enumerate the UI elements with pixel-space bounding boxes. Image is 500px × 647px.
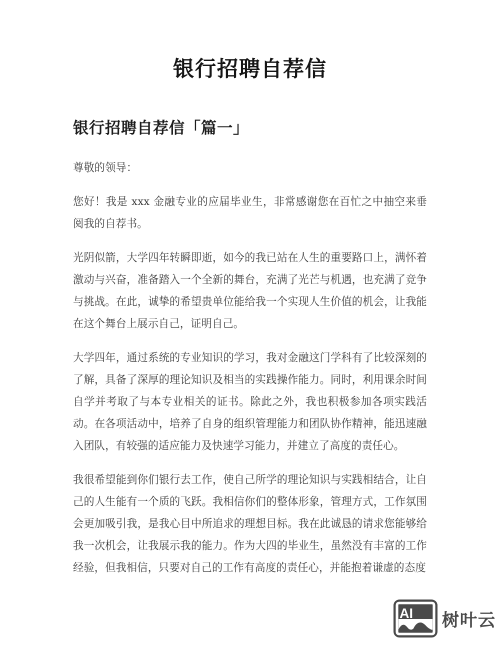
- tree-leaf-cloud-ai-image-icon: AI: [393, 599, 438, 638]
- section-heading: 银行招聘自荐信「篇一」: [73, 118, 500, 138]
- salutation-paragraph: 尊敬的领导：: [73, 157, 427, 179]
- greeting-paragraph: 您好！我是 xxx 金融专业的应届毕业生，非常感谢您在百忙之中抽空来垂阅我的自荐…: [73, 191, 427, 235]
- letter-body: 尊敬的领导： 您好！我是 xxx 金融专业的应届毕业生，非常感谢您在百忙之中抽空…: [73, 157, 427, 579]
- watermark-brand: AI 树叶云: [393, 599, 496, 638]
- intro-paragraph: 光阴似箭，大学四年转瞬即逝，如今的我已站在人生的重要路口上，满怀着激动与兴奋，准…: [73, 247, 427, 335]
- appeal-paragraph: 我很希望能到你们银行去工作，使自己所学的理论知识与实践相结合，让自己的人生能有一…: [73, 469, 427, 579]
- icon-ai-label: AI: [400, 606, 414, 621]
- qualifications-paragraph: 大学四年，通过系统的专业知识的学习，我对金融这门学科有了比较深刻的了解，具备了深…: [73, 347, 427, 457]
- brand-name-label: 树叶云: [442, 606, 496, 631]
- document-page: 银行招聘自荐信 银行招聘自荐信「篇一」 尊敬的领导： 您好！我是 xxx 金融专…: [0, 56, 500, 579]
- page-title: 银行招聘自荐信: [0, 56, 500, 82]
